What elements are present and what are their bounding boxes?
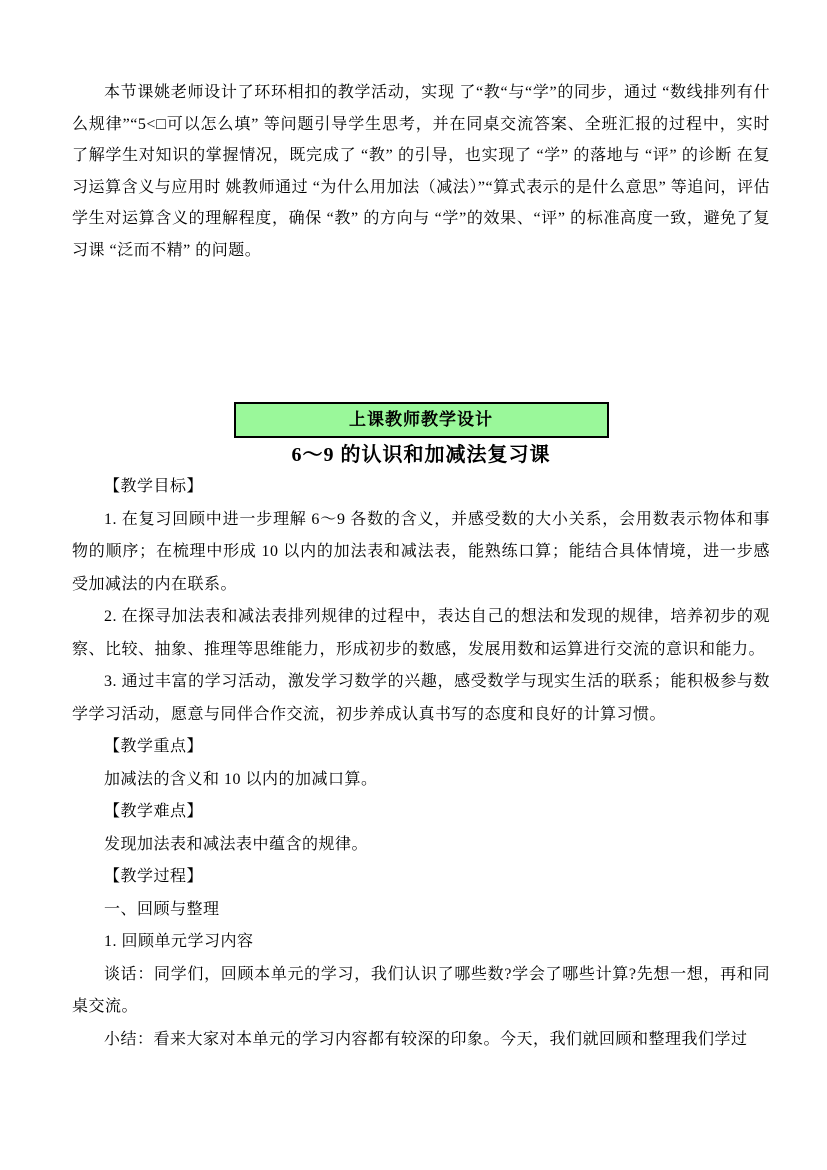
page-title: 6～9 的认识和加减法复习课 — [72, 442, 770, 468]
objective-item-1: 1. 在复习回顾中进一步理解 6～9 各数的含义，并感受数的大小关系，会用数表示… — [72, 504, 770, 602]
talk-paragraph: 谈话：同学们，回顾本单元的学习，我们认识了哪些数?学会了哪些计算?先想一想，再和… — [72, 959, 770, 1024]
document-page: 本节课姚老师设计了环环相扣的教学活动，实现 了“教“与“学”的同步，通过 “数线… — [0, 0, 827, 1170]
lesson-design-banner-label: 上课教师教学设计 — [349, 410, 493, 429]
process-step-review-and-organize: 一、回顾与整理 — [72, 894, 770, 927]
objective-item-2: 2. 在探寻加法表和减法表排列规律的过程中，表达自己的想法和发现的规律，培养初步… — [72, 601, 770, 666]
summary-paragraph: 小结：看来大家对本单元的学习内容都有较深的印象。今天，我们就回顾和整理我们学过 — [72, 1024, 770, 1057]
lesson-design-banner: 上课教师教学设计 — [234, 402, 609, 438]
section-heading-teaching-objectives: 【教学目标】 — [72, 471, 770, 504]
key-points-text: 加减法的含义和 10 以内的加减口算。 — [72, 764, 770, 797]
document-body: 【教学目标】 1. 在复习回顾中进一步理解 6～9 各数的含义，并感受数的大小关… — [72, 471, 770, 1056]
section-heading-teaching-process: 【教学过程】 — [72, 861, 770, 894]
section-heading-key-points: 【教学重点】 — [72, 731, 770, 764]
objective-item-3: 3. 通过丰富的学习活动，激发学习数学的兴趣，感受数学与现实生活的联系；能积极参… — [72, 666, 770, 731]
intro-paragraph: 本节课姚老师设计了环环相扣的教学活动，实现 了“教“与“学”的同步，通过 “数线… — [72, 77, 770, 266]
section-heading-difficult-points: 【教学难点】 — [72, 796, 770, 829]
difficult-points-text: 发现加法表和减法表中蕴含的规律。 — [72, 829, 770, 862]
process-substep-review-unit-content: 1. 回顾单元学习内容 — [72, 926, 770, 959]
